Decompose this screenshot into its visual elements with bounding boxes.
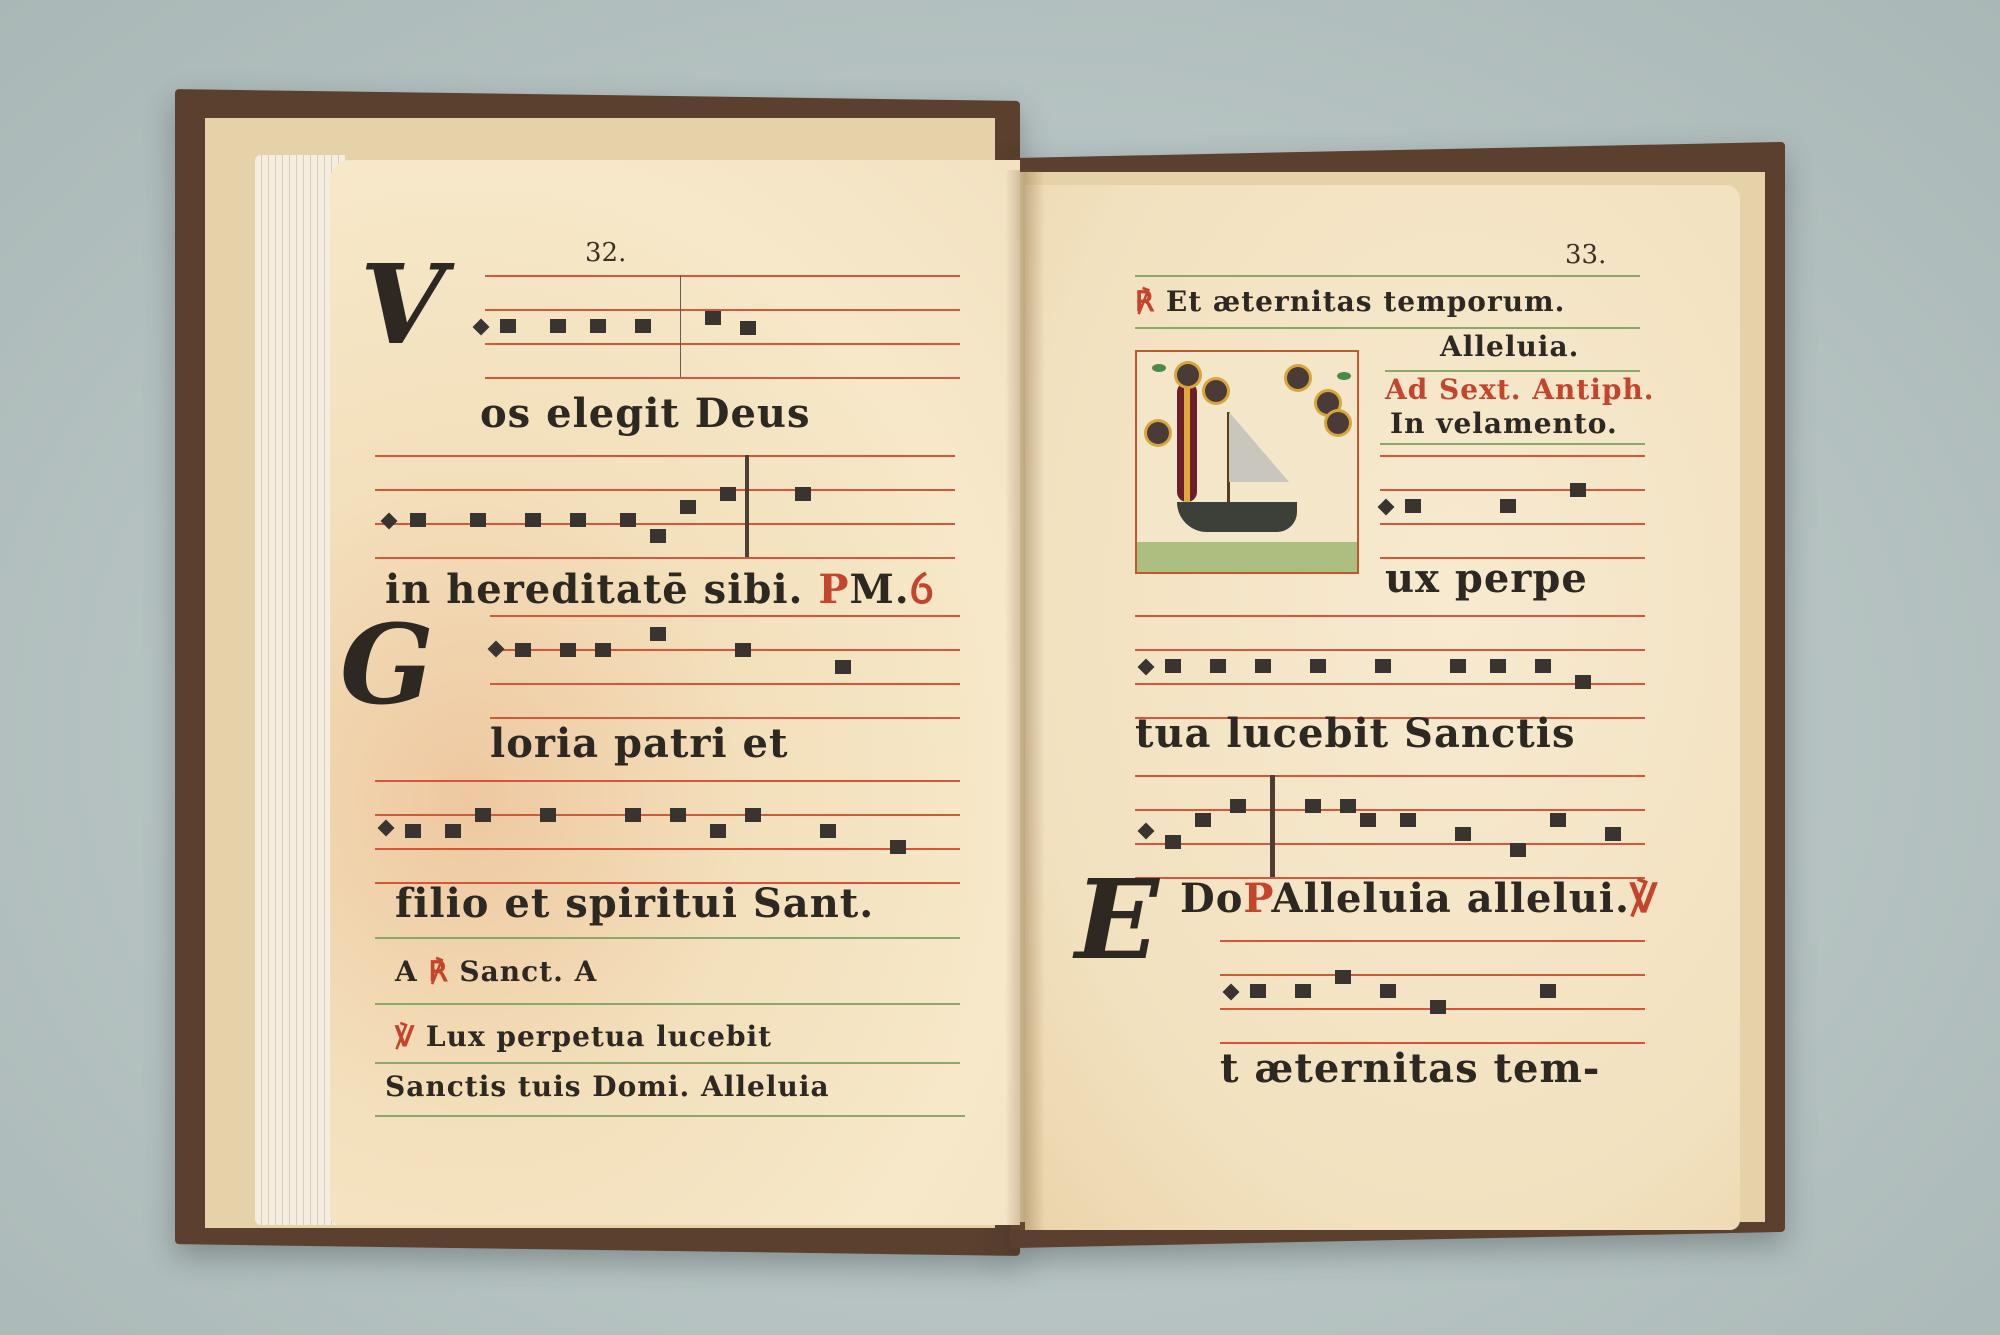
music-staff — [1220, 940, 1645, 1045]
right-page: 33. ℟ Et æternitas temporum. Alleluia. A… — [1025, 185, 1740, 1230]
chant-lyric: os elegit Deus — [480, 390, 811, 437]
guide-line — [375, 937, 960, 939]
chant-lyric: DoPAlleluia allelui.℣ — [1180, 875, 1658, 922]
text-line: Alleluia. — [1440, 330, 1579, 363]
decorated-initial: V — [360, 250, 445, 360]
rubric-line: ℟ Et æternitas temporum. — [1135, 285, 1565, 318]
decorated-initial: E — [1075, 865, 1159, 975]
guide-line — [375, 1003, 960, 1005]
illuminated-miniature — [1135, 350, 1359, 574]
book-gutter — [1005, 170, 1045, 1230]
decorated-initial: G — [340, 610, 434, 720]
rubric-heading: Ad Sext. Antiph. — [1385, 373, 1655, 406]
guide-line — [1380, 443, 1645, 445]
guide-line — [1135, 327, 1640, 329]
music-staff — [1135, 615, 1645, 720]
chant-lyric: filio et spiritui Sant. — [395, 880, 874, 927]
rubric-line: A ℟ Sanct. A — [395, 955, 597, 988]
left-page: 32. V os elegit Deus in hereditatē sibi.… — [330, 160, 1020, 1225]
text-line: In velamento. — [1390, 407, 1618, 440]
music-staff — [375, 780, 960, 885]
folio-number: 33. — [1565, 240, 1606, 270]
folio-number: 32. — [585, 238, 626, 268]
guide-line — [375, 1115, 965, 1117]
guide-line — [375, 1062, 960, 1064]
verse-line: Sanctis tuis Domi. Alleluia — [385, 1070, 830, 1103]
chant-lyric: tua lucebit Sanctis — [1135, 710, 1575, 757]
chant-lyric: in hereditatē sibi. PM.ỽ — [385, 560, 934, 615]
guide-line — [1135, 275, 1640, 277]
music-staff — [490, 615, 960, 720]
music-staff — [1380, 455, 1645, 560]
verse-line: ℣ Lux perpetua lucebit — [395, 1020, 772, 1053]
music-staff — [1135, 775, 1645, 880]
chant-lyric: ux perpe — [1385, 555, 1588, 602]
music-staff — [375, 455, 955, 560]
guide-line — [1385, 370, 1640, 372]
music-staff — [485, 275, 960, 380]
chant-lyric: loria patri et — [490, 720, 788, 767]
chant-lyric: t æternitas tem- — [1220, 1045, 1600, 1092]
